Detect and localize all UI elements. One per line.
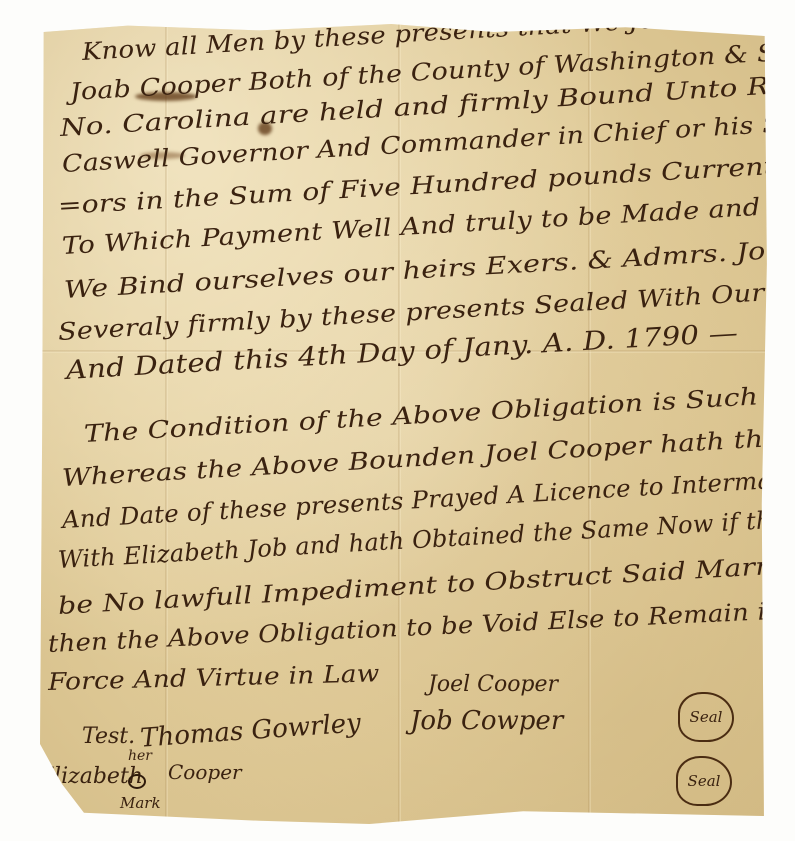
seal-label: Seal <box>688 772 721 790</box>
seal-icon: Seal <box>676 756 732 806</box>
signature-job-cowper: Job Cowper <box>410 706 563 736</box>
seal-icon: Seal <box>678 692 734 742</box>
seal-label: Seal <box>690 708 723 726</box>
mark-circle-icon <box>128 774 146 789</box>
signature-joel-cooper: Joel Cooper <box>428 672 558 697</box>
manuscript-page: Know all Men by these presents that We J… <box>40 24 772 824</box>
witness-label: Test. <box>82 724 135 749</box>
mark-signer-last-name: Cooper <box>168 760 242 784</box>
bond-text-body: Know all Men by these presents that We J… <box>40 24 772 824</box>
mark-label: Mark <box>120 794 161 812</box>
text-line: Force And Virtue in Law <box>48 659 380 696</box>
mark-her: her <box>128 748 152 764</box>
mark-signer-first-name: Elizabeth <box>38 764 143 789</box>
